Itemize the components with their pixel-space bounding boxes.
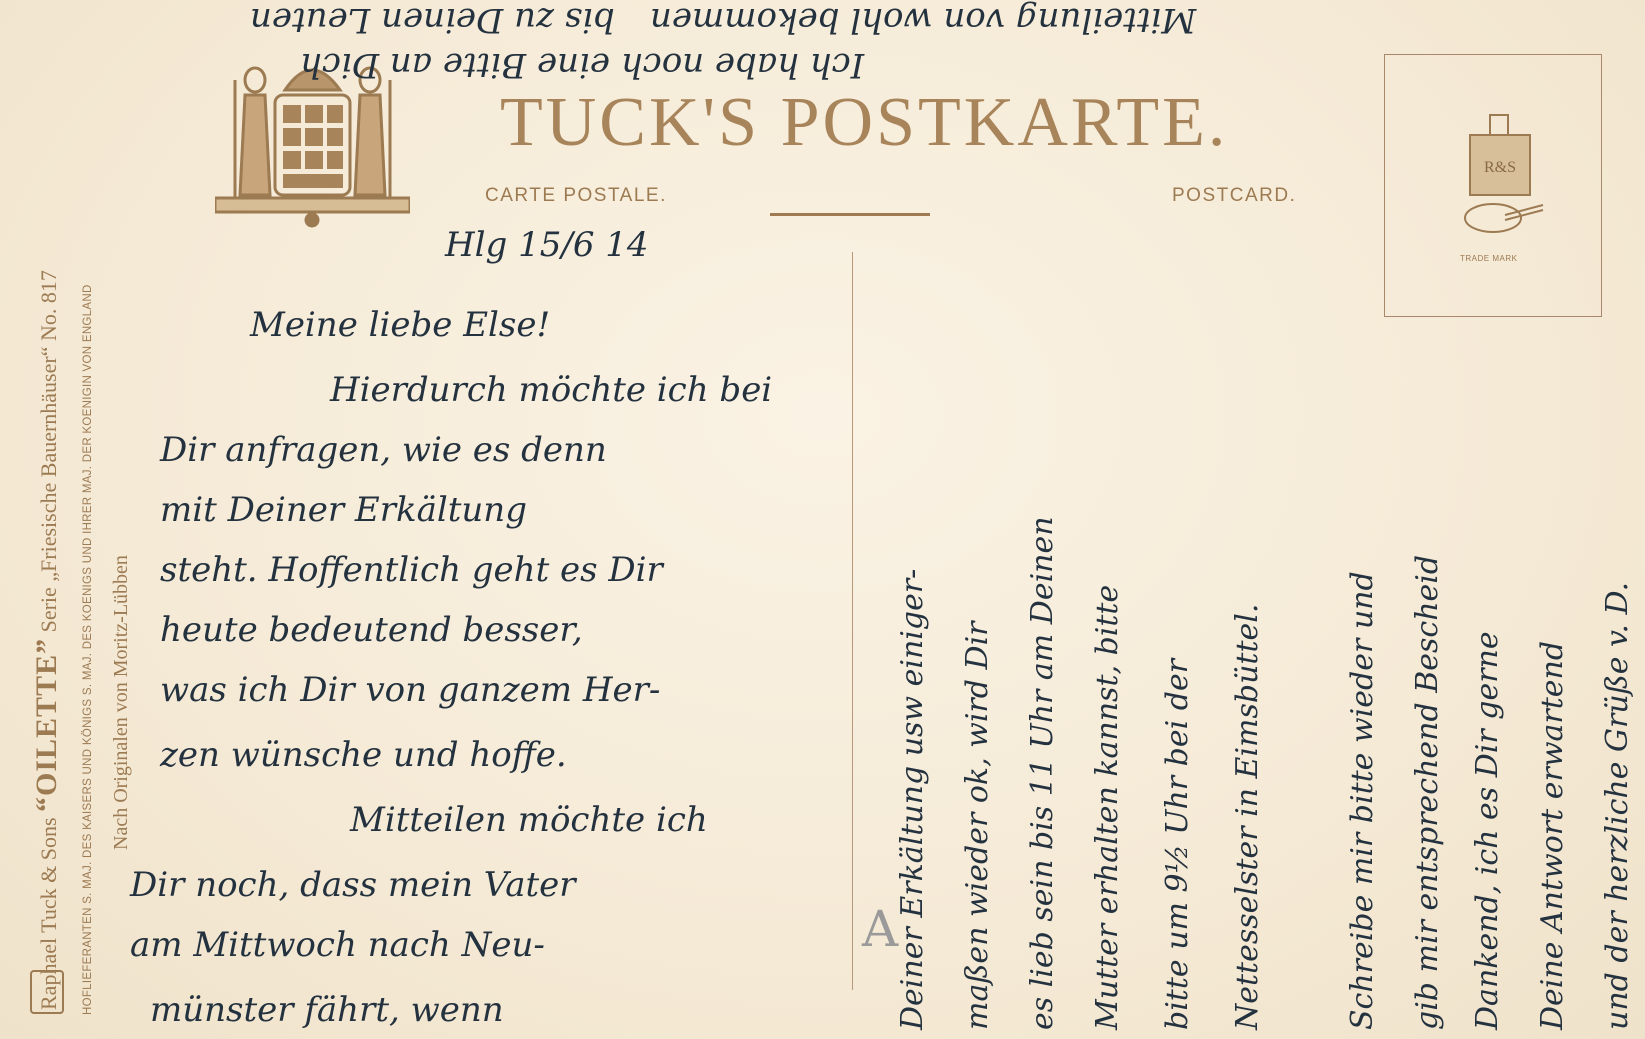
publisher-line: Raphael Tuck & Sons “OILETTE” Serie „Fri… xyxy=(30,270,64,1010)
title-rule xyxy=(770,213,930,216)
letter-line-4: steht. Hoffentlich geht es Dir xyxy=(160,550,663,590)
vertical-line-8: gib mir entsprechend Bescheid xyxy=(1410,555,1445,1030)
salutation: Meine liebe Else! xyxy=(250,305,550,345)
letter-line-7: zen wünsche und hoffe. xyxy=(160,735,567,775)
purveyor-line: HOFLIEFERANTEN S. MAJ. DES KAISERS UND K… xyxy=(82,284,94,1015)
publisher-name: Raphael Tuck & Sons xyxy=(36,817,61,1010)
originals-line: Nach Originalen von Moritz-Lübben xyxy=(110,555,133,850)
vertical-line-10: Deine Antwort erwartend xyxy=(1535,641,1570,1030)
easel-trademark-icon: R&S xyxy=(1455,110,1545,250)
svg-text:R&S: R&S xyxy=(1484,159,1516,176)
place-date: Hlg 15/6 14 xyxy=(445,225,649,265)
inverted-line-1: bis zu Deinen Leuten xyxy=(250,0,615,40)
letter-line-1: Hierdurch möchte ich bei xyxy=(330,370,772,410)
pencil-mark: A xyxy=(862,900,898,958)
series-label: Serie „Friesische Bauernhäuser“ No. 817 xyxy=(36,270,61,632)
oilette-brand: “OILETTE” xyxy=(30,638,63,812)
address-divider xyxy=(852,252,853,990)
postcard-title: TUCK'S POSTKARTE. xyxy=(500,83,1228,163)
inverted-line-3: Ich habe noch eine Bitte an Dich xyxy=(300,45,864,85)
vertical-line-6: Nettesselster in Eimsbüttel. xyxy=(1230,604,1265,1030)
vertical-line-7: Schreibe mir bitte wieder und xyxy=(1345,571,1380,1030)
letter-line-8: Mitteilen möchte ich xyxy=(350,800,708,840)
postcard-back: Raphael Tuck & Sons “OILETTE” Serie „Fri… xyxy=(0,0,1645,1039)
publisher-imprint: Raphael Tuck & Sons “OILETTE” Serie „Fri… xyxy=(0,0,140,1039)
letter-line-6: was ich Dir von ganzem Her- xyxy=(160,670,660,710)
letter-line-10: am Mittwoch nach Neu- xyxy=(130,925,545,965)
vertical-line-9: Dankend, ich es Dir gerne xyxy=(1470,631,1505,1030)
trademark-caption: TRADE MARK xyxy=(1460,254,1517,263)
letter-line-9: Dir noch, dass mein Vater xyxy=(130,865,576,905)
letter-line-2: Dir anfragen, wie es denn xyxy=(160,430,607,470)
letter-line-5: heute bedeutend besser, xyxy=(160,610,583,650)
vertical-line-5: bitte um 9½ Uhr bei der xyxy=(1160,659,1195,1030)
vertical-line-11: und der herzliche Grüße v. D. xyxy=(1600,582,1635,1030)
postcard-label: POSTCARD. xyxy=(1172,185,1296,207)
letter-line-11: münster fährt, wenn xyxy=(150,990,504,1030)
vertical-line-4: Mutter erhalten kannst, bitte xyxy=(1090,585,1125,1030)
vertical-line-2: maßen wieder ok, wird Dir xyxy=(960,621,995,1030)
vertical-line-1: Deiner Erkältung usw einiger- xyxy=(895,569,930,1030)
carte-postale-label: CARTE POSTALE. xyxy=(485,185,667,207)
letter-line-3: mit Deiner Erkältung xyxy=(160,490,527,530)
vertical-line-3: es lieb sein bis 11 Uhr am Deinen xyxy=(1025,516,1060,1030)
inverted-line-2: Mitteilung von wohl bekommen xyxy=(650,0,1196,40)
